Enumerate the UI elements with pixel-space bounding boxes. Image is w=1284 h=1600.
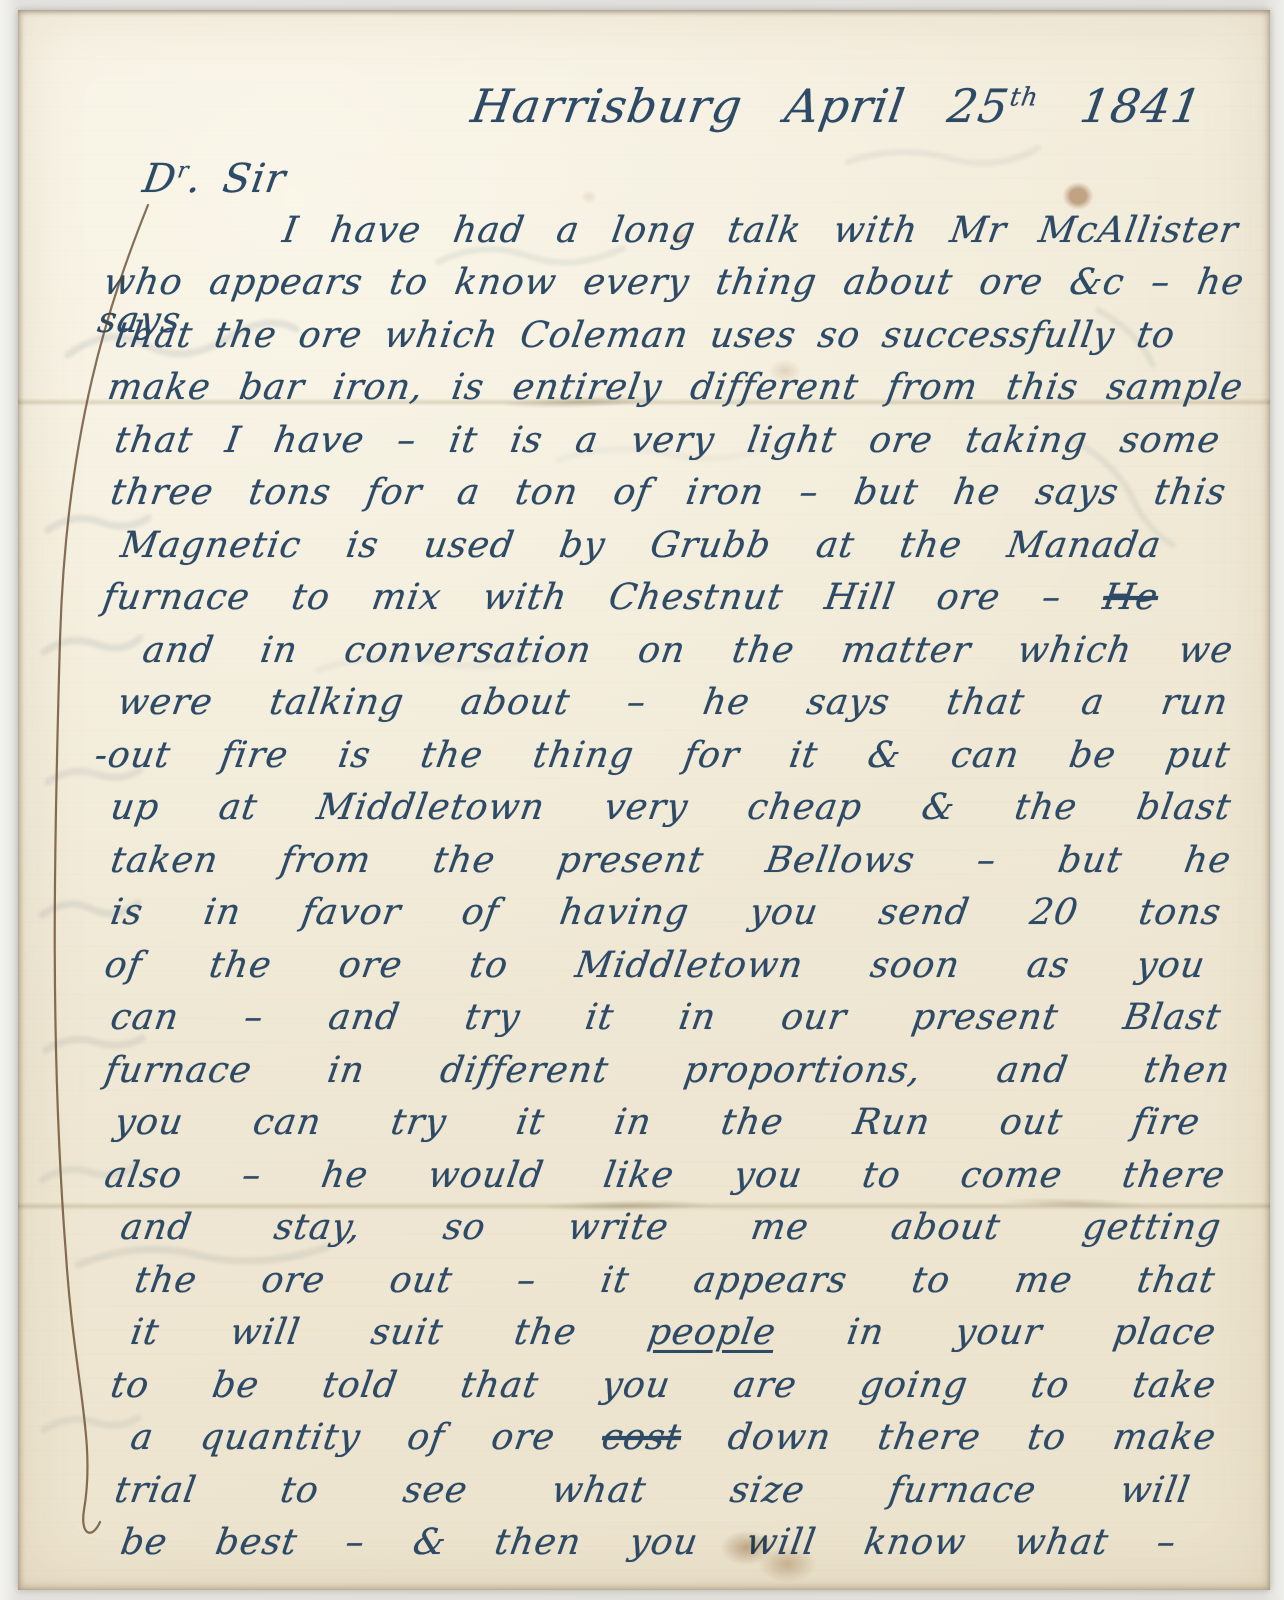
scan-background: Harrisburg April 25th 1841 Dr. Sir I hav…	[0, 0, 1284, 1600]
letter-line-07: furnace to mix with Chestnut Hill ore – …	[100, 579, 1161, 617]
stain	[578, 188, 600, 206]
letter-line-10: -out fire is the thing for it & can be p…	[92, 737, 1233, 775]
letter-line-17: you can try it in the Run out fire	[112, 1104, 1203, 1142]
letter-dateline: Harrisburg April 25th 1841	[468, 82, 1206, 130]
dateline-year: 1841	[1033, 79, 1206, 133]
letter-line-13: is in favor of having you send 20 tons	[108, 894, 1224, 932]
letter-line-06: Magnetic is used by Grubb at the Manada	[118, 527, 1164, 565]
letter-line-03: make bar iron, is entirely different fro…	[105, 369, 1246, 407]
letter-line-04: that I have – it is a very light ore tak…	[112, 422, 1223, 460]
letter-line-24: trial to see what size furnace will	[112, 1472, 1193, 1510]
dateline-place-date: Harrisburg April 25	[468, 79, 1014, 133]
stain	[1058, 178, 1098, 214]
underlined-word: people	[645, 1312, 779, 1353]
letter-line-21: it will suit the people in your place	[128, 1314, 1219, 1352]
letter-line-08: and in conversation on the matter which …	[140, 632, 1236, 670]
letter-line-18: also – he would like you to come there	[102, 1157, 1228, 1195]
letter-line-19: and stay, so write me about getting	[118, 1209, 1224, 1247]
letter-line-05: three tons for a ton of iron – but he sa…	[108, 474, 1229, 512]
letter-line-23: a quantity of ore cost down there to mak…	[128, 1419, 1219, 1457]
letter-line-22: to be told that you are going to take	[108, 1367, 1219, 1405]
letter-line-00: I have had a long talk with Mr McAlliste…	[280, 212, 1241, 250]
letter-page: Harrisburg April 25th 1841 Dr. Sir I hav…	[18, 10, 1270, 1590]
letter-salutation: Dr. Sir	[140, 158, 407, 200]
struck-word: cost	[599, 1417, 684, 1458]
letter-line-15: can – and try it in our present Blast	[108, 999, 1224, 1037]
letter-line-02: that the ore which Coleman uses so succe…	[112, 317, 1178, 355]
letter-line-20: the ore out – it appears to me that	[132, 1262, 1218, 1300]
letter-line-14: of the ore to Middletown soon as you	[102, 947, 1208, 985]
letter-line-25: be best – & then you will know what –	[118, 1524, 1179, 1562]
letter-line-11: up at Middletown very cheap & the blast	[108, 789, 1234, 827]
letter-line-16: furnace in different proportions, and th…	[102, 1052, 1233, 1090]
letter-line-12: taken from the present Bellows – but he	[108, 842, 1234, 880]
struck-word: He	[1100, 577, 1161, 618]
letter-line-09: were talking about – he says that a run	[115, 684, 1231, 722]
